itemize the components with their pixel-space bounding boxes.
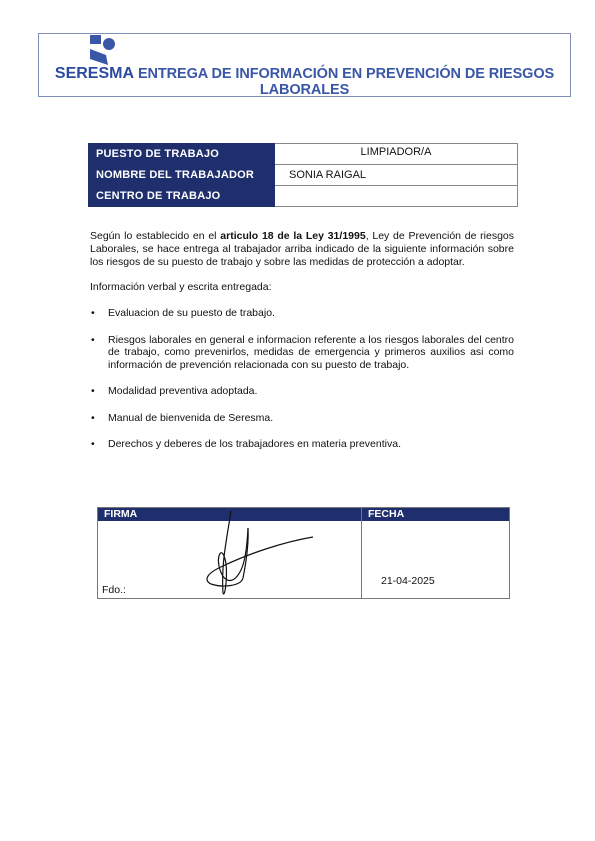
list-item-text: Modalidad preventiva adoptada. [108, 385, 257, 397]
table-row: NOMBRE DEL TRABAJADOR SONIA RAIGAL [89, 165, 518, 186]
delivered-heading: Información verbal y escrita entregada: [90, 281, 514, 294]
brand-name: SERESMA [55, 65, 134, 82]
list-item-text: Riesgos laborales en general e informaci… [108, 334, 514, 371]
delivered-info-list: •Evaluacion de su puesto de trabajo. •Ri… [90, 307, 514, 465]
work-center-value [275, 186, 518, 207]
bullet-icon: • [91, 334, 95, 347]
table-row: CENTRO DE TRABAJO [89, 186, 518, 207]
list-item-text: Evaluacion de su puesto de trabajo. [108, 307, 275, 319]
title-line-1: ENTREGA DE INFORMACIÓN EN PREVENCIÓN DE … [134, 66, 554, 82]
list-item: •Modalidad preventiva adoptada. [90, 385, 514, 398]
list-item: •Evaluacion de su puesto de trabajo. [90, 307, 514, 320]
table-row: PUESTO DE TRABAJO LIMPIADOR/A [89, 144, 518, 165]
column-divider [361, 508, 362, 598]
fecha-header: FECHA [362, 508, 509, 521]
signature-table: FIRMA FECHA Fdo.: 21-04-2025 [97, 507, 510, 599]
job-position-value: LIMPIADOR/A [275, 144, 518, 165]
intro-paragraph: Según lo establecido en el articulo 18 d… [90, 230, 514, 269]
list-item: •Riesgos laborales en general e informac… [90, 334, 514, 372]
fdo-label: Fdo.: [102, 584, 126, 596]
date-value: 21-04-2025 [381, 575, 435, 587]
bullet-icon: • [91, 385, 95, 398]
bullet-icon: • [91, 307, 95, 320]
list-item-text: Derechos y deberes de los trabajadores e… [108, 438, 401, 450]
row-label: CENTRO DE TRABAJO [89, 186, 275, 207]
seresma-logo-icon [88, 35, 118, 65]
law-reference: articulo 18 de la Ley 31/1995 [220, 230, 365, 242]
intro-prefix: Según lo establecido en el [90, 230, 220, 242]
title-line-2: LABORALES [260, 82, 349, 98]
list-item: •Manual de bienvenida de Seresma. [90, 412, 514, 425]
list-item: •Derechos y deberes de los trabajadores … [90, 438, 514, 451]
bullet-icon: • [91, 438, 95, 451]
worker-info-table: PUESTO DE TRABAJO LIMPIADOR/A NOMBRE DEL… [88, 143, 518, 207]
bullet-icon: • [91, 412, 95, 425]
document-header: SERESMA ENTREGA DE INFORMACIÓN EN PREVEN… [38, 33, 571, 97]
row-label: PUESTO DE TRABAJO [89, 144, 275, 165]
handwritten-signature-icon [193, 508, 313, 600]
row-label: NOMBRE DEL TRABAJADOR [89, 165, 275, 186]
worker-name-value: SONIA RAIGAL [275, 165, 518, 186]
document-title: SERESMA ENTREGA DE INFORMACIÓN EN PREVEN… [39, 66, 570, 98]
list-item-text: Manual de bienvenida de Seresma. [108, 412, 273, 424]
